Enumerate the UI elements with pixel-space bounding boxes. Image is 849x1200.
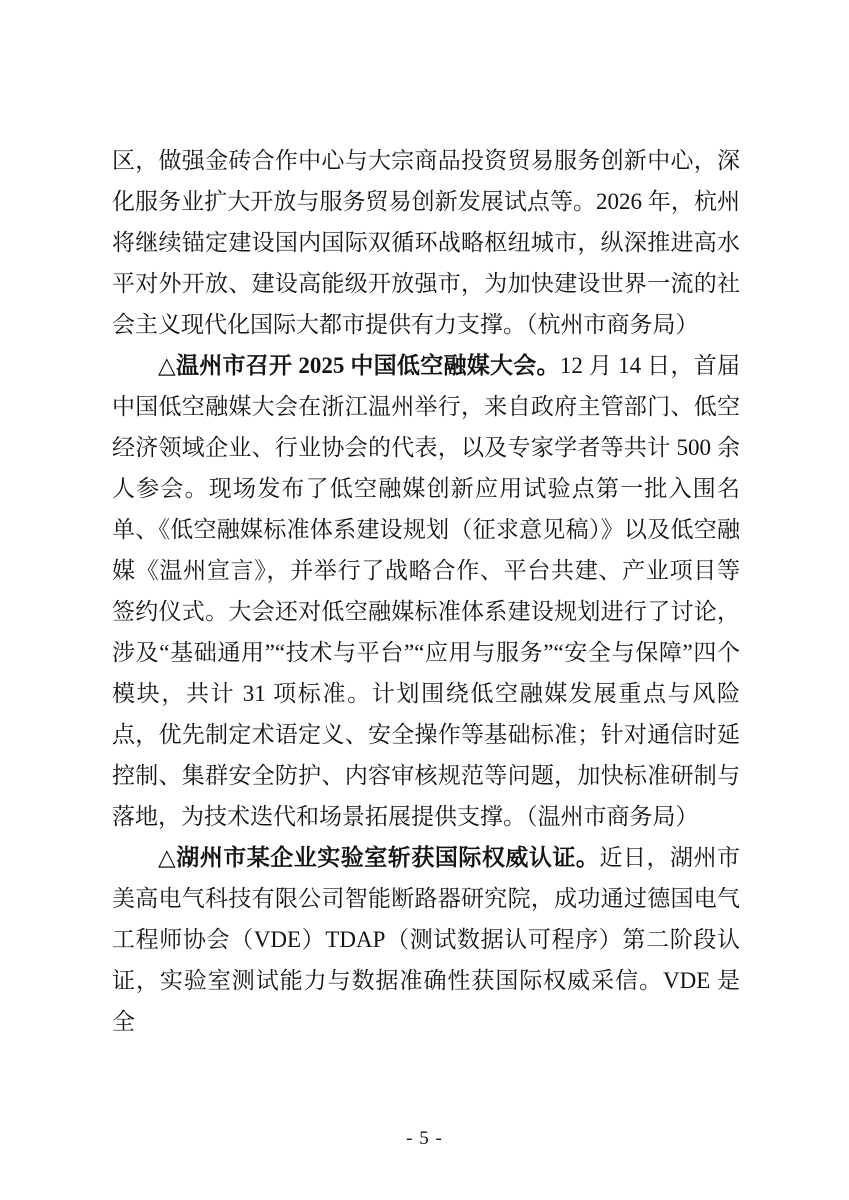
paragraph-hangzhou-body: 区，做强金砖合作中心与大宗商品投资贸易服务创新中心，深化服务业扩大开放与服务贸易… [112, 148, 740, 337]
document-page: 区，做强金砖合作中心与大宗商品投资贸易服务创新中心，深化服务业扩大开放与服务贸易… [0, 0, 849, 1200]
text-block: 区，做强金砖合作中心与大宗商品投资贸易服务创新中心，深化服务业扩大开放与服务贸易… [112, 140, 740, 1042]
page-number: - 5 - [0, 1127, 849, 1151]
paragraph-huzhou: △湖州市某企业实验室斩获国际权威认证。近日，湖州市美高电气科技有限公司智能断路器… [112, 837, 740, 1042]
paragraph-huzhou-body: 近日，湖州市美高电气科技有限公司智能断路器研究院，成功通过德国电气工程师协会（V… [112, 845, 740, 1034]
paragraph-wenzhou: △温州市召开 2025 中国低空融媒大会。12 月 14 日，首届中国低空融媒大… [112, 345, 740, 837]
paragraph-wenzhou-heading: △温州市召开 2025 中国低空融媒大会。 [158, 353, 560, 378]
paragraph-wenzhou-body: 12 月 14 日，首届中国低空融媒大会在浙江温州举行，来自政府主管部门、低空经… [112, 353, 740, 829]
paragraph-hangzhou-continuation: 区，做强金砖合作中心与大宗商品投资贸易服务创新中心，深化服务业扩大开放与服务贸易… [112, 140, 740, 345]
paragraph-huzhou-heading: △湖州市某企业实验室斩获国际权威认证。 [158, 845, 599, 870]
